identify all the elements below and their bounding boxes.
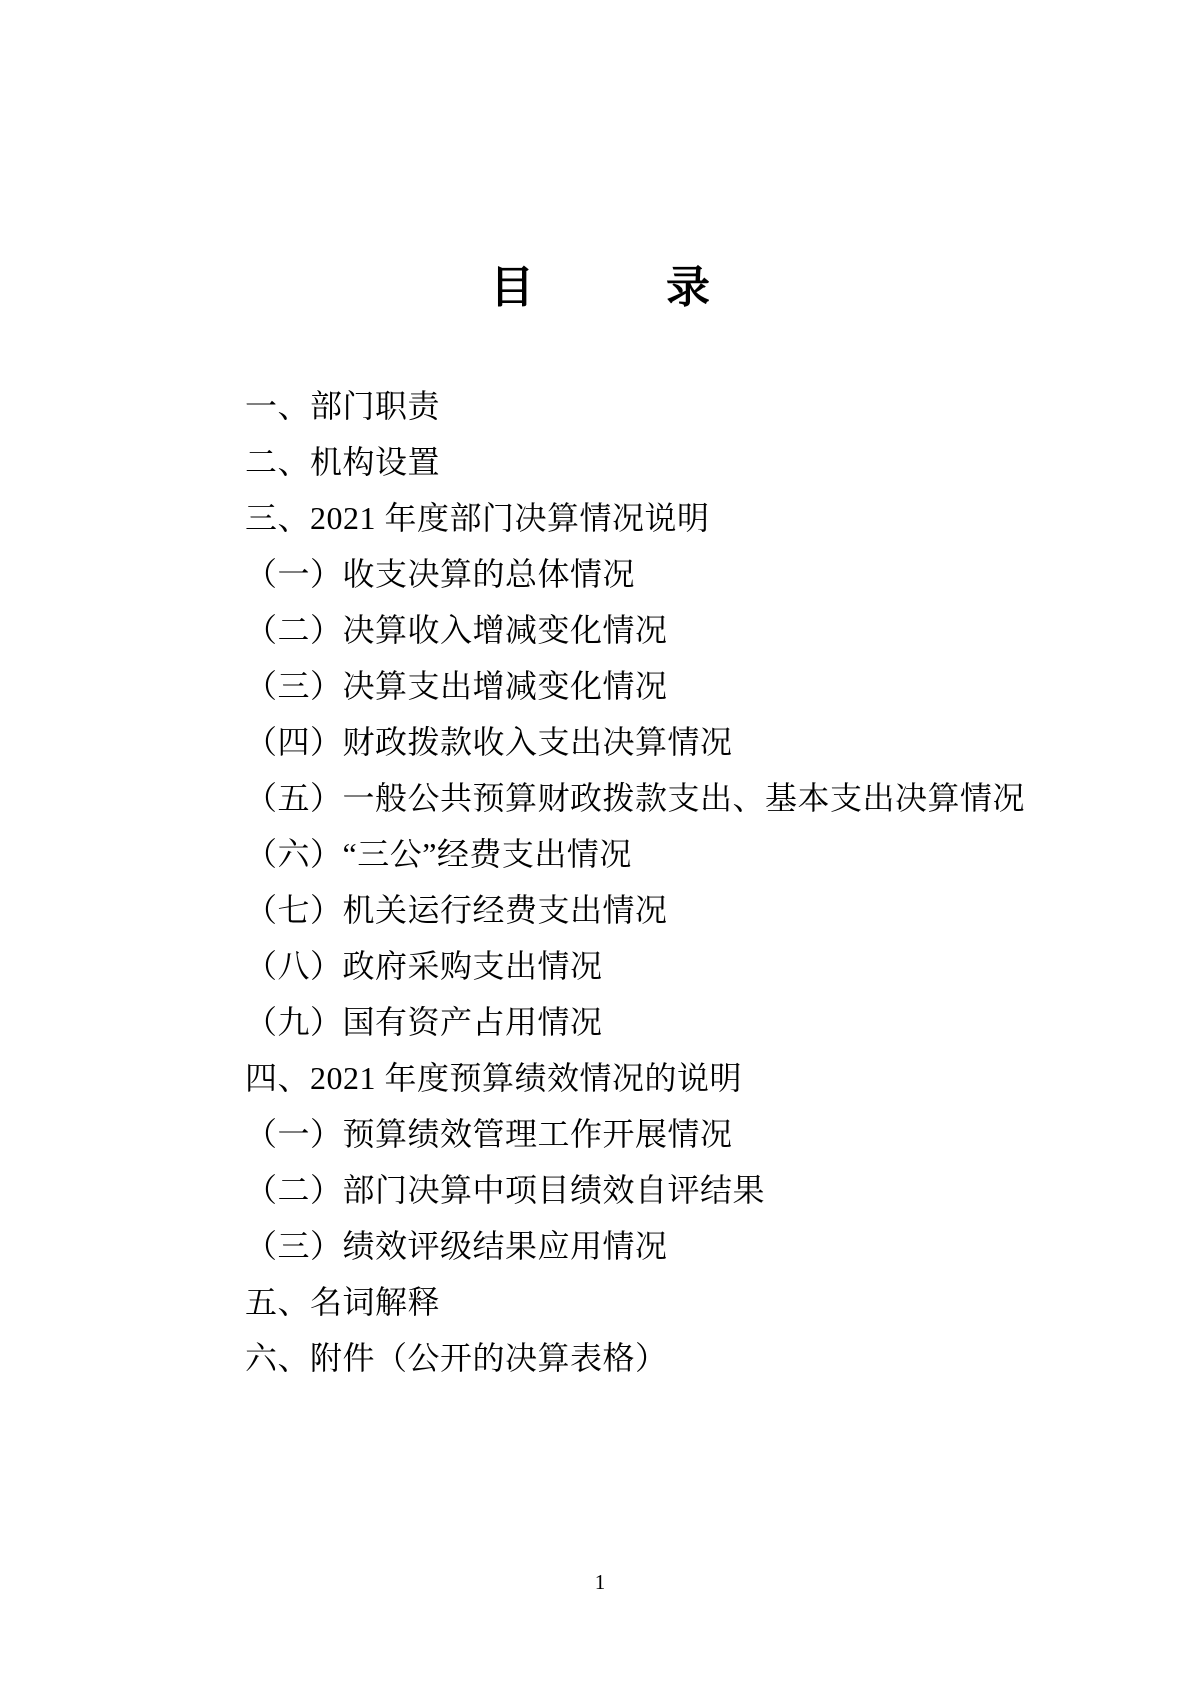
toc-entry: （九）国有资产占用情况 (245, 994, 1080, 1050)
toc-entry: （二）部门决算中项目绩效自评结果 (245, 1162, 1080, 1218)
page-number: 1 (0, 1570, 1200, 1594)
toc-entry: （八）政府采购支出情况 (245, 938, 1080, 994)
toc-entry: （三）绩效评级结果应用情况 (245, 1218, 1080, 1274)
toc-entry: （一）收支决算的总体情况 (245, 546, 1080, 602)
toc-entry: 四、2021 年度预算绩效情况的说明 (245, 1050, 1080, 1106)
toc-entry: （五）一般公共预算财政拨款支出、基本支出决算情况 (245, 770, 1080, 826)
toc-entry: （三）决算支出增减变化情况 (245, 658, 1080, 714)
toc-entry: 六、附件（公开的决算表格） (245, 1330, 1080, 1386)
toc-entry: 三、2021 年度部门决算情况说明 (245, 490, 1080, 546)
toc-entry: （七）机关运行经费支出情况 (245, 882, 1080, 938)
page-title: 目 录 (0, 262, 1200, 314)
toc-entry: 一、部门职责 (245, 378, 1080, 434)
toc-entry: （六）“三公”经费支出情况 (245, 826, 1080, 882)
toc-entry: （四）财政拨款收入支出决算情况 (245, 714, 1080, 770)
document-page: 目 录 一、部门职责 二、机构设置 三、2021 年度部门决算情况说明 （一）收… (0, 0, 1200, 1696)
toc-entry: （二）决算收入增减变化情况 (245, 602, 1080, 658)
table-of-contents: 一、部门职责 二、机构设置 三、2021 年度部门决算情况说明 （一）收支决算的… (245, 378, 1080, 1386)
toc-entry: 五、名词解释 (245, 1274, 1080, 1330)
toc-entry: 二、机构设置 (245, 434, 1080, 490)
toc-entry: （一）预算绩效管理工作开展情况 (245, 1106, 1080, 1162)
